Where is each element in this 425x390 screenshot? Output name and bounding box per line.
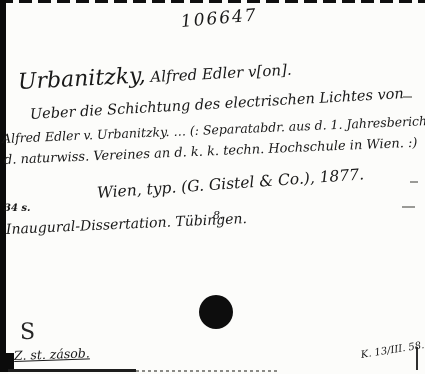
stamp-letter-s: S	[20, 320, 35, 345]
punch-hole-icon	[199, 295, 233, 329]
scan-artifact-dash	[402, 206, 415, 208]
scan-left-edge	[0, 0, 6, 372]
scan-artifact-dash	[410, 181, 418, 183]
catalog-card-scan: 106647 Urbanitzky, Alfred Edler v[on]. U…	[0, 0, 425, 390]
card-bottom-edge-dotted	[136, 370, 278, 372]
pagination-note: 34 s.	[4, 203, 31, 214]
card-bottom-edge-solid	[8, 369, 136, 372]
scan-artifact-dash	[403, 96, 412, 98]
stock-note: Z. st. zásob.	[14, 345, 90, 363]
scan-top-edge	[0, 0, 425, 3]
